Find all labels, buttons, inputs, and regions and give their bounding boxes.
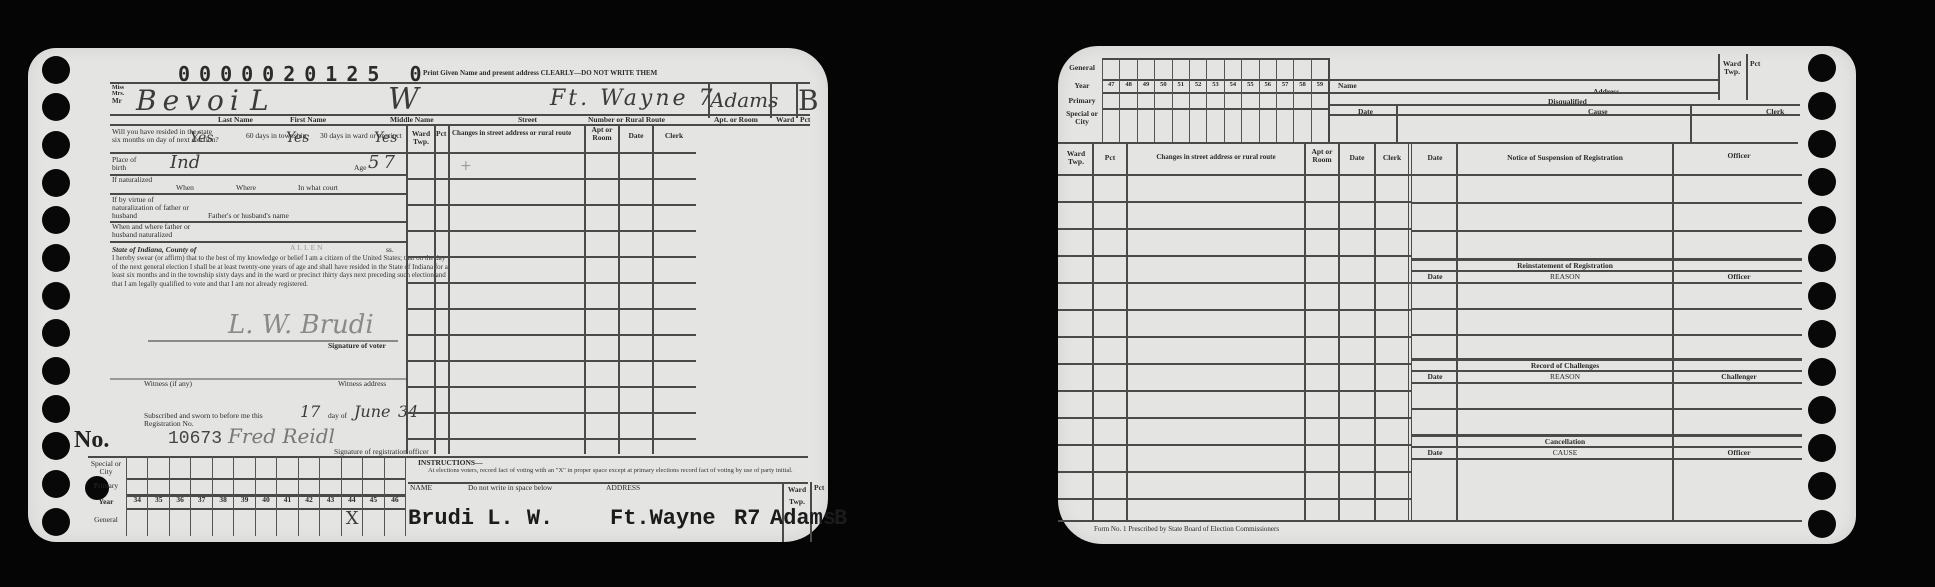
witness-label: Witness (if any) [144,380,192,388]
back-row-general: General [1062,64,1102,72]
year-cell: 55 [1242,82,1258,89]
punch-hole [42,282,70,310]
year-cell: 44 [342,496,362,504]
witness-address-label: Witness address [338,380,386,388]
changes-header-pct: Pct [436,130,446,138]
year-cell: 46 [385,496,405,504]
typed-township: Adams [770,506,836,531]
instr-address-label: ADDRESS [606,484,640,492]
registration-no-label: Registration No. [144,420,194,428]
typed-name: Brudi L. W. [408,506,553,531]
year-cell: 57 [1277,82,1293,89]
middle-name-value: W [388,82,419,117]
punch-hole [42,206,70,234]
year-cell: 49 [1138,82,1154,89]
birthplace-label: Place of birth [112,156,152,172]
form-footer: Form No. 1 Prescribed by State Board of … [1094,526,1279,533]
registration-card-back: General Year Primary Special or City 47 … [1058,46,1856,544]
year-cell: 38 [213,496,233,504]
punch-hole [1808,206,1836,234]
year-cell: 39 [234,496,254,504]
first-name-value: L [250,84,269,117]
punch-hole [42,131,70,159]
punch-hole [42,508,70,536]
suspension-title: Notice of Suspension of Registration [1458,154,1672,162]
age-value: 57 [368,152,399,173]
suspension-date-label: Date [1414,154,1456,162]
front-year-grid: 34 35 36 37 38 39 40 41 42 43 44X 45 46 [126,456,406,536]
voter-signature-label: Signature of voter [328,342,386,350]
year-cell: 47 [1103,82,1119,89]
punch-hole [42,357,70,385]
punch-hole [42,432,70,460]
punch-hole [42,470,70,498]
street-value: Ft. Wayne 7 [550,86,716,111]
officer-signature-label: Signature of registration officer [334,448,429,456]
year-cell: 35 [148,496,168,504]
punch-hole [42,244,70,272]
instr-pct-label: Pct [814,484,824,492]
punch-hole [1808,510,1836,538]
naturalized-when-label: When [176,184,194,192]
changes-header-address: Changes in street address or rural route [452,130,571,137]
pct-value: B [798,84,819,117]
back-changes-clerk: Clerk [1376,154,1408,162]
changes-handwritten-mark: + [460,158,472,174]
reinstatement-title: Reinstatement of Registration [1458,262,1672,270]
reinstatement-reason-label: REASON [1458,273,1672,281]
back-year-grid: 47 48 49 50 51 52 53 54 55 56 57 58 59 [1102,58,1330,142]
naturalized-label: If naturalized [112,176,162,184]
cancellation-officer-label: Officer [1674,449,1804,457]
instructions-text: At elections voters, record fact of voti… [428,467,808,474]
suspension-officer-label: Officer [1674,152,1804,160]
back-pct-label: Pct [1750,60,1760,68]
cancellation-date-label: Date [1414,449,1456,457]
last-name-label: Last Name [218,116,253,124]
day-of-label: day of [328,412,347,420]
number-sign: No. [74,428,109,453]
reinstatement-date-label: Date [1414,273,1456,281]
number-label: Number or Rural Route [588,116,665,124]
punch-hole [42,93,70,121]
back-name-label: Name [1338,82,1357,90]
apt-label: Apt. or Room [714,116,758,124]
year-cell: 58 [1294,82,1310,89]
challenges-reason-label: REASON [1458,373,1672,381]
back-changes-ward: Ward Twp. [1060,150,1092,166]
punch-hole [1808,92,1836,120]
back-changes-apt: Apt or Room [1306,148,1338,164]
state-residency-value: Yes [190,130,214,146]
punch-hole [1808,168,1836,196]
voter-signature: L. W. Brudi [228,310,374,340]
year-cell: 52 [1190,82,1206,89]
pct-label: Pct [800,116,810,124]
punch-hole [42,319,70,347]
ss-label: ss. [386,246,394,254]
punch-hole [1808,54,1836,82]
back-changes-address: Changes in street address or rural route [1128,154,1304,161]
year-cell: 59 [1312,82,1328,89]
cancellation-title: Cancellation [1458,438,1672,446]
instr-do-not-write: Do not write in space below [468,484,552,492]
year-cell: 51 [1173,82,1189,89]
punch-hole [1808,434,1836,462]
vote-row-general: General [86,516,126,524]
punch-hole [1808,472,1836,500]
challenges-date-label: Date [1414,373,1456,381]
ward-residency-value: Yes [374,130,398,146]
year-cell: 56 [1260,82,1276,89]
punch-hole [1808,130,1836,158]
state-county-label: State of Indiana, County of [112,246,196,254]
challenges-challenger-label: Challenger [1674,373,1804,381]
back-changes-date: Date [1340,154,1374,162]
township-value: Yes [286,130,310,146]
year-cell: 40 [256,496,276,504]
subscribed-month: June [354,402,391,421]
punch-hole [42,395,70,423]
punch-hole [1808,244,1836,272]
punch-hole [1808,282,1836,310]
officer-signature: Fred Reidl [228,424,335,448]
typed-route: R7 [734,506,760,531]
birthplace-value: Ind [170,152,200,173]
punch-hole [1808,396,1836,424]
back-ward-label: Ward Twp. [1720,60,1744,76]
typed-precinct: B [834,506,847,531]
year-cell: 34 [127,496,147,504]
naturalized-court-label: In what court [298,184,338,192]
vote-row-special: Special or City [86,460,126,476]
year-cell: 54 [1225,82,1241,89]
changes-header-clerk: Clerk [654,132,694,140]
year-cell: 50 [1155,82,1171,89]
general-vote-mark: X [346,508,359,529]
back-row-year: Year [1062,82,1102,90]
when-where-label: When and where father or husband natural… [112,223,202,239]
age-label: Age [354,164,367,172]
year-cell: 53 [1207,82,1223,89]
oath-text: I hereby swear (or affirm) that to the b… [112,254,452,288]
punch-hole [1808,358,1836,386]
year-cell: 45 [363,496,383,504]
first-name-label: First Name [290,116,326,124]
by-virtue-label: If by virtue of naturalization of father… [112,196,192,220]
salutation-mr: Mr [112,98,122,105]
street-label: Street [518,116,537,124]
challenges-title: Record of Challenges [1458,362,1672,370]
ward-label: Ward [776,116,794,124]
year-cell: 42 [299,496,319,504]
changes-header-ward: Ward Twp. [408,130,434,146]
registration-number: 10673 [168,430,222,449]
vote-row-primary: Primary [86,482,126,490]
changes-header-date: Date [620,132,652,140]
instr-name-label: NAME [410,484,432,492]
instr-ward-label: Ward Twp. [784,484,810,508]
instructions-title: INSTRUCTIONS— [418,459,483,467]
back-changes-pct: Pct [1094,154,1126,162]
year-cell: 43 [320,496,340,504]
cancellation-cause-label: CAUSE [1458,449,1672,457]
punch-hole [1808,320,1836,348]
last-name-value: Bevoi [136,84,245,117]
year-cell: 48 [1120,82,1136,89]
typed-city: Ft.Wayne [610,506,716,531]
punch-hole [42,169,70,197]
year-cell: 36 [170,496,190,504]
year-cell: 37 [191,496,211,504]
header-instruction: Print Given Name and present address CLE… [423,70,657,77]
year-cell: 41 [277,496,297,504]
middle-name-label: Middle Name [390,116,434,124]
changes-header-apt: Apt or Room [586,126,618,142]
apt-value: Adams [710,88,778,112]
reinstatement-officer-label: Officer [1674,273,1804,281]
subscribed-day: 17 [300,402,320,421]
registration-card-front: 0000020125 0 Print Given Name and presen… [28,48,828,542]
father-name-label: Father's or husband's name [208,212,289,220]
naturalized-where-label: Where [236,184,256,192]
punch-hole [42,56,70,84]
back-row-special: Special or City [1062,110,1102,126]
vote-row-year: Year [86,498,126,506]
county-value: ALLEN [290,244,325,252]
back-row-primary: Primary [1062,97,1102,105]
